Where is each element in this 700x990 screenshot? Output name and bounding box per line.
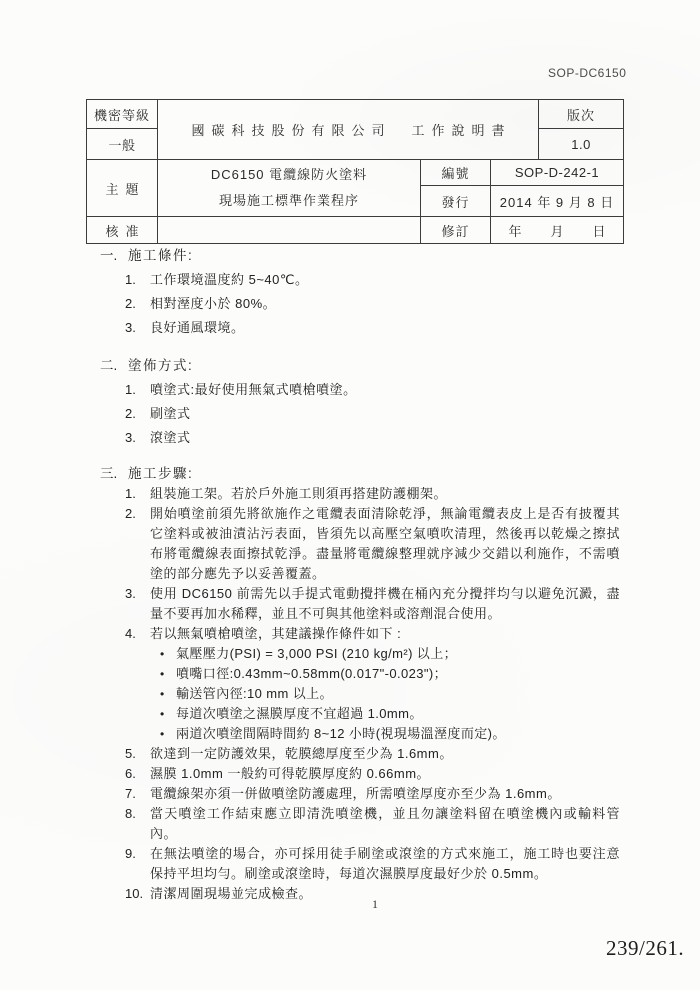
issue-label: 發行 bbox=[421, 186, 491, 217]
item-text: 開始噴塗前須先將欲施作之電纜表面清除乾淨，無論電纜表皮上是否有披覆其它塗料或被油… bbox=[150, 504, 620, 584]
item-number: 10. bbox=[125, 884, 150, 904]
section-number: 三. bbox=[100, 464, 128, 484]
list-item: 9. 在無法噴塗的場合，亦可採用徒手刷塗或滾塗的方式來施工，施工時也要注意保持平… bbox=[125, 844, 620, 884]
subject-value: DC6150 電纜線防火塗料 現場施工標準作業程序 bbox=[158, 160, 421, 217]
list-item: 8. 當天噴塗工作結束應立即清洗噴塗機，並且勿讓塗料留在噴塗機內或輸料管內。 bbox=[125, 804, 620, 844]
section-coating-methods: 二. 塗佈方式: 1. 噴塗式:最好使用無氣式噴槍噴塗。 2. 刷塗式 3. 滾… bbox=[100, 354, 620, 450]
item-number: 1. bbox=[125, 484, 150, 504]
list-item: 3. 使用 DC6150 前需先以手提式電動攪拌機在桶內充分攪拌均勻以避免沉澱，… bbox=[125, 584, 620, 624]
number-label: 編號 bbox=[421, 160, 491, 186]
page-number: 1 bbox=[372, 897, 378, 912]
issue-value: 2014 年 9 月 8 日 bbox=[491, 186, 624, 217]
revision-value: 年 月 日 bbox=[491, 217, 624, 244]
company-title: 國碳科技股份有限公司 工作說明書 bbox=[158, 100, 539, 160]
document-body: 一. 施工條件: 1. 工作環境溫度約 5~40℃。 2. 相對溼度小於 80%… bbox=[100, 244, 620, 918]
approve-value bbox=[158, 217, 421, 244]
item-text: 濕膜 1.0mm 一般約可得乾膜厚度約 0.66mm。 bbox=[150, 764, 620, 784]
document-page: SOP-DC6150 機密等級 國碳科技股份有限公司 工作說明書 版次 一般 1… bbox=[0, 0, 700, 990]
list-item: 1. 噴塗式:最好使用無氣式噴槍噴塗。 bbox=[125, 378, 620, 402]
spray-conditions-list: 氣壓壓力(PSI) = 3,000 PSI (210 kg/m²) 以上； 噴嘴… bbox=[160, 644, 620, 744]
subject-line-2: 現場施工標準作業程序 bbox=[161, 188, 417, 214]
section-heading: 一. 施工條件: bbox=[100, 244, 620, 268]
bullet-item: 輸送管內徑:10 mm 以上。 bbox=[160, 684, 620, 704]
scan-page-index: 239/261. bbox=[606, 936, 684, 961]
item-number: 7. bbox=[125, 784, 150, 804]
section-heading: 三. 施工步驟: bbox=[100, 464, 620, 484]
item-text: 欲達到一定防護效果，乾膜總厚度至少為 1.6mm。 bbox=[150, 744, 620, 764]
item-text: 噴塗式:最好使用無氣式噴槍噴塗。 bbox=[150, 378, 620, 402]
bullet-item: 氣壓壓力(PSI) = 3,000 PSI (210 kg/m²) 以上； bbox=[160, 644, 620, 664]
item-text: 良好通風環境。 bbox=[150, 316, 620, 340]
list-item: 2. 開始噴塗前須先將欲施作之電纜表面清除乾淨，無論電纜表皮上是否有披覆其它塗料… bbox=[125, 504, 620, 584]
section-number: 一. bbox=[100, 244, 128, 268]
section-title: 施工步驟: bbox=[128, 464, 193, 484]
section-heading: 二. 塗佈方式: bbox=[100, 354, 620, 378]
subject-line-1: DC6150 電纜線防火塗料 bbox=[161, 162, 417, 188]
item-text: 清潔周圍現場並完成檢查。 bbox=[150, 884, 620, 904]
section-title: 塗佈方式: bbox=[128, 354, 193, 378]
item-text: 在無法噴塗的場合，亦可採用徒手刷塗或滾塗的方式來施工，施工時也要注意保持平坦均勻… bbox=[150, 844, 620, 884]
bullet-item: 每道次噴塗之濕膜厚度不宜超過 1.0mm。 bbox=[160, 704, 620, 724]
list-item: 4. 若以無氣噴槍噴塗，其建議操作條件如下 : bbox=[125, 624, 620, 644]
item-number: 1. bbox=[125, 378, 150, 402]
item-text: 滾塗式 bbox=[150, 426, 620, 450]
number-value: SOP-D-242-1 bbox=[491, 160, 624, 186]
item-text: 刷塗式 bbox=[150, 402, 620, 426]
item-number: 2. bbox=[125, 292, 150, 316]
header-table: 機密等級 國碳科技股份有限公司 工作說明書 版次 一般 1.0 主題 DC615… bbox=[86, 99, 624, 244]
bullet-item: 兩道次噴塗間隔時間約 8~12 小時(視現場溫溼度而定)。 bbox=[160, 724, 620, 744]
list-item: 6. 濕膜 1.0mm 一般約可得乾膜厚度約 0.66mm。 bbox=[125, 764, 620, 784]
version-label: 版次 bbox=[539, 100, 624, 129]
bullet-item: 噴嘴口徑:0.43mm~0.58mm(0.017"-0.023")； bbox=[160, 664, 620, 684]
item-number: 9. bbox=[125, 844, 150, 884]
item-text: 當天噴塗工作結束應立即清洗噴塗機，並且勿讓塗料留在噴塗機內或輸料管內。 bbox=[150, 804, 620, 844]
list-item: 7. 電纜線架亦須一併做噴塗防護處理，所需噴塗厚度亦至少為 1.6mm。 bbox=[125, 784, 620, 804]
list-item: 1. 組裝施工架。若於戶外施工則須再搭建防護棚架。 bbox=[125, 484, 620, 504]
item-number: 1. bbox=[125, 268, 150, 292]
item-text: 使用 DC6150 前需先以手提式電動攪拌機在桶內充分攪拌均勻以避免沉澱，盡量不… bbox=[150, 584, 620, 624]
list-item: 3. 滾塗式 bbox=[125, 426, 620, 450]
list-item: 1. 工作環境溫度約 5~40℃。 bbox=[125, 268, 620, 292]
subject-label: 主題 bbox=[87, 160, 158, 217]
section-work-conditions: 一. 施工條件: 1. 工作環境溫度約 5~40℃。 2. 相對溼度小於 80%… bbox=[100, 244, 620, 340]
item-number: 2. bbox=[125, 504, 150, 584]
item-number: 3. bbox=[125, 316, 150, 340]
item-text: 工作環境溫度約 5~40℃。 bbox=[150, 268, 620, 292]
section-title: 施工條件: bbox=[128, 244, 193, 268]
version-value: 1.0 bbox=[539, 129, 624, 160]
doc-code: SOP-DC6150 bbox=[548, 66, 634, 80]
list-item: 2. 刷塗式 bbox=[125, 402, 620, 426]
approve-label: 核准 bbox=[87, 217, 158, 244]
section-number: 二. bbox=[100, 354, 128, 378]
item-number: 8. bbox=[125, 804, 150, 844]
item-number: 5. bbox=[125, 744, 150, 764]
item-number: 4. bbox=[125, 624, 150, 644]
item-number: 2. bbox=[125, 402, 150, 426]
list-item: 3. 良好通風環境。 bbox=[125, 316, 620, 340]
item-text: 相對溼度小於 80%。 bbox=[150, 292, 620, 316]
confidential-value: 一般 bbox=[87, 129, 158, 160]
list-item: 5. 欲達到一定防護效果，乾膜總厚度至少為 1.6mm。 bbox=[125, 744, 620, 764]
revision-label: 修訂 bbox=[421, 217, 491, 244]
item-text: 若以無氣噴槍噴塗，其建議操作條件如下 : bbox=[150, 624, 620, 644]
item-number: 3. bbox=[125, 426, 150, 450]
item-number: 3. bbox=[125, 584, 150, 624]
list-item: 2. 相對溼度小於 80%。 bbox=[125, 292, 620, 316]
section-work-steps: 三. 施工步驟: 1. 組裝施工架。若於戶外施工則須再搭建防護棚架。 2. 開始… bbox=[100, 464, 620, 904]
item-text: 組裝施工架。若於戶外施工則須再搭建防護棚架。 bbox=[150, 484, 620, 504]
item-text: 電纜線架亦須一併做噴塗防護處理，所需噴塗厚度亦至少為 1.6mm。 bbox=[150, 784, 620, 804]
item-number: 6. bbox=[125, 764, 150, 784]
confidential-label: 機密等級 bbox=[87, 100, 158, 129]
